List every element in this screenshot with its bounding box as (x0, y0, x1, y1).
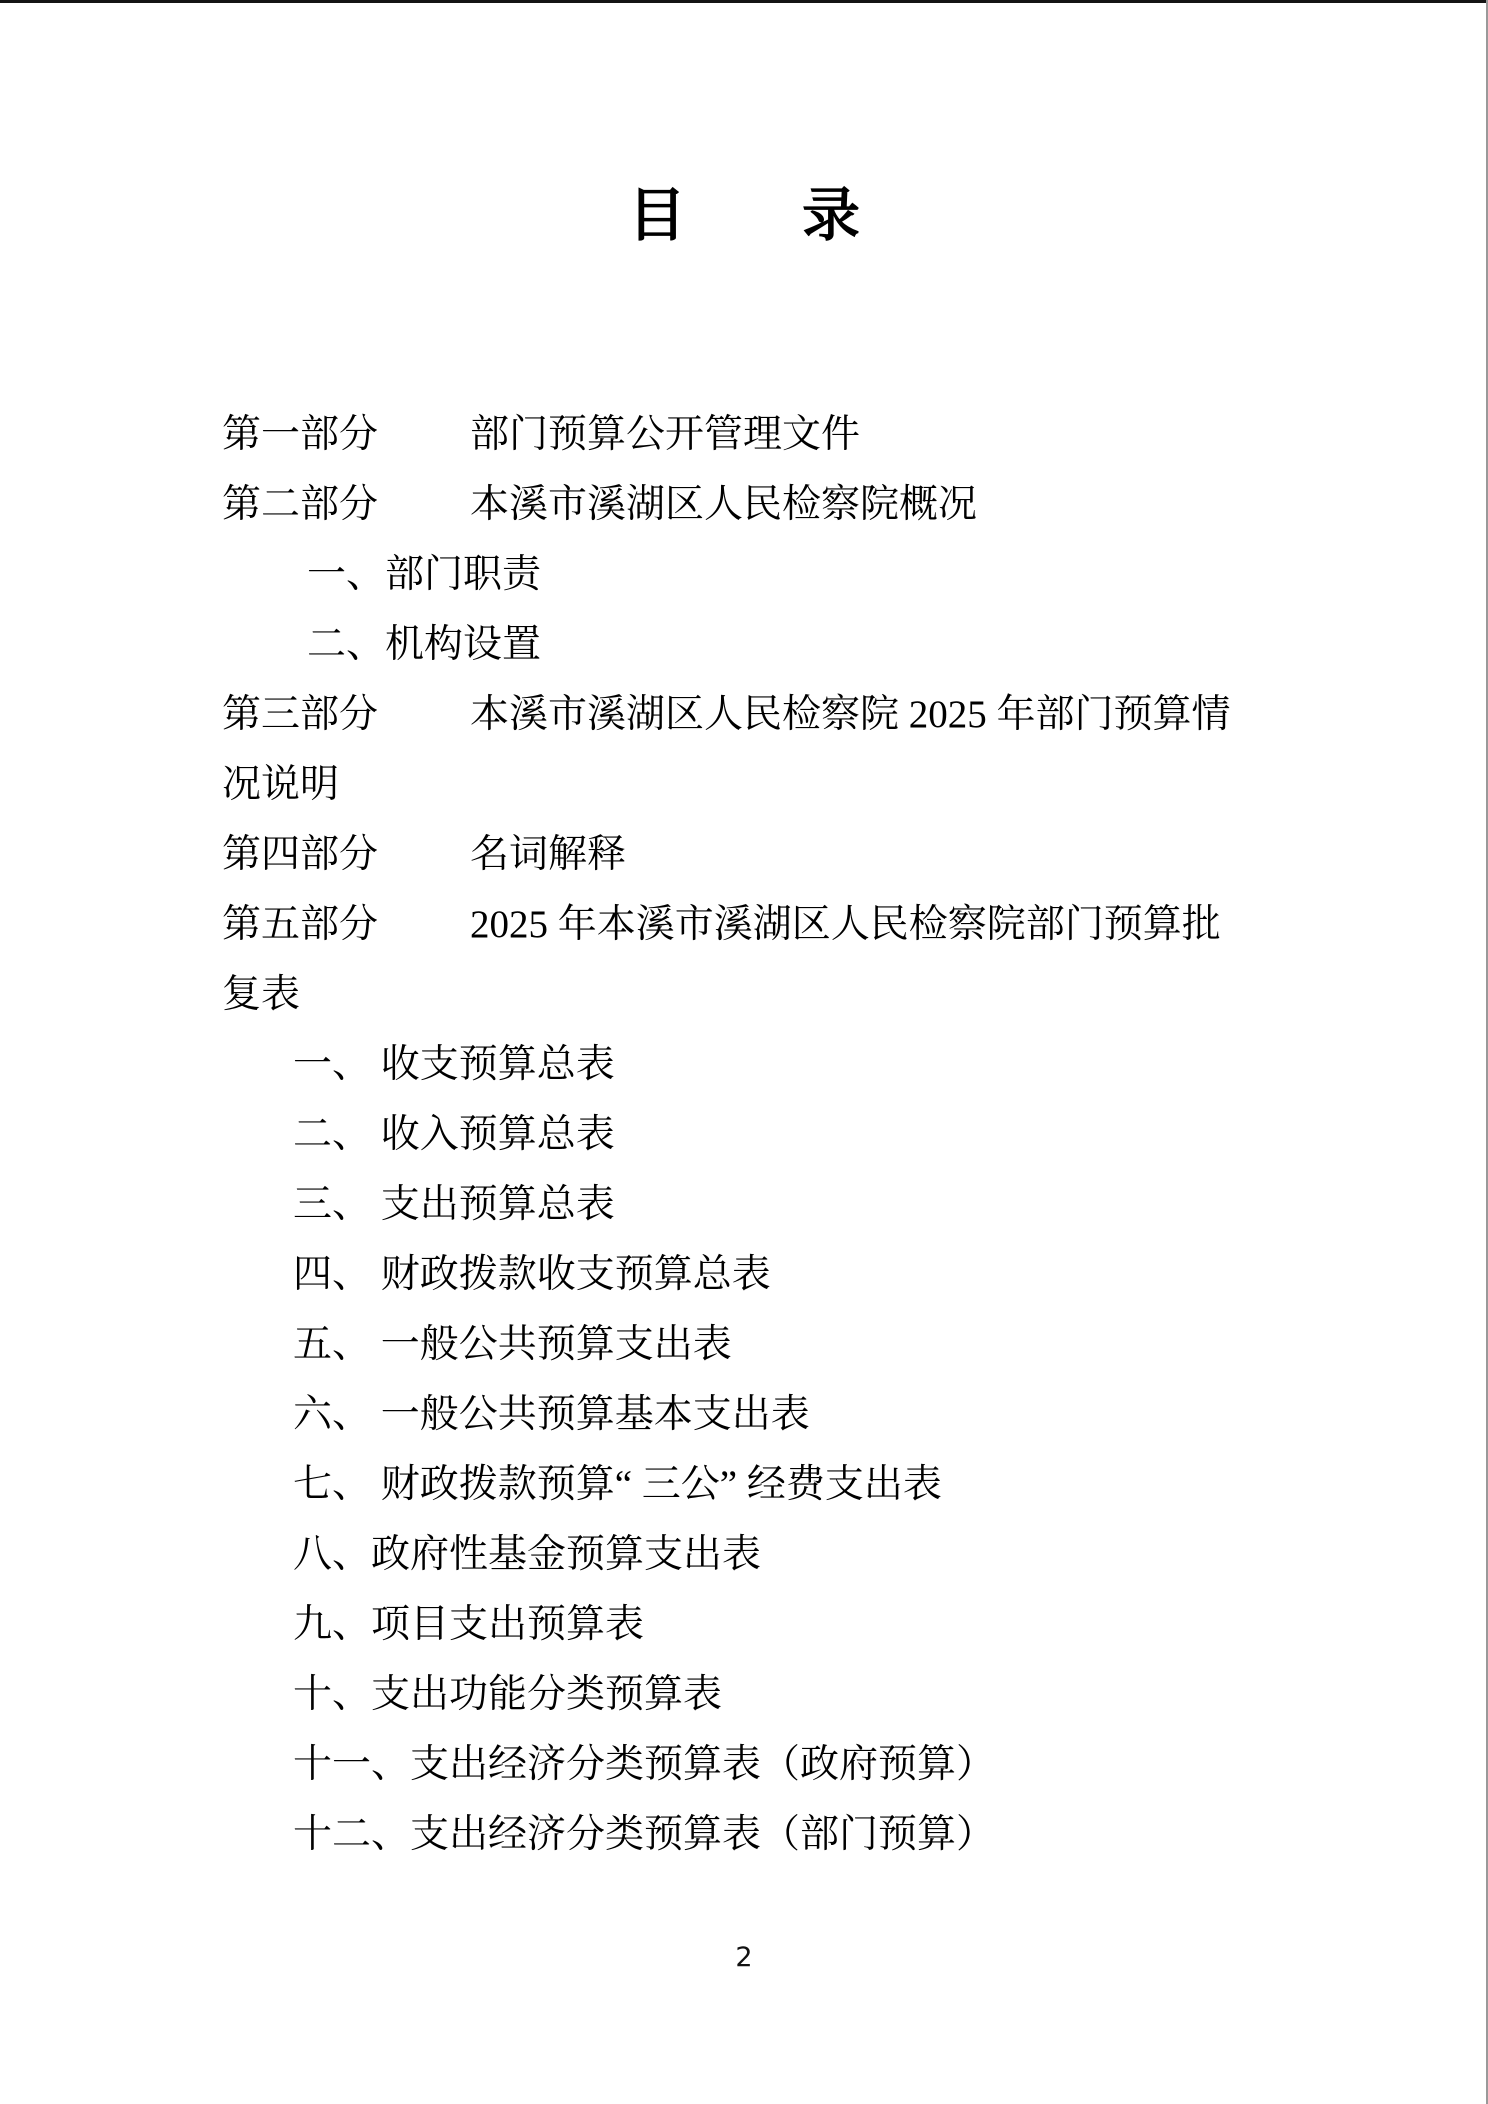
toc-entry-text: 二、机构设置 (307, 623, 541, 666)
toc-entry-table4: 四、 财政拨款收支预算总表 (222, 1240, 1302, 1310)
toc-part-label: 第四部分 (222, 820, 470, 890)
toc-entry-part5: 第五部分2025 年本溪市溪湖区人民检察院部门预算批 (222, 890, 1302, 960)
toc-entry-text: 三、 支出预算总表 (293, 1183, 615, 1226)
toc-entry-continuation: 复表 (222, 960, 1302, 1030)
toc-entry-text: 七、 财政拨款预算“ 三公” 经费支出表 (293, 1463, 942, 1506)
toc-entry-table5: 五、 一般公共预算支出表 (222, 1310, 1302, 1380)
toc-entry-text: 八、政府性基金预算支出表 (293, 1533, 761, 1576)
toc-entry-text: 十二、支出经济分类预算表（部门预算） (293, 1813, 995, 1856)
toc-entry-table9: 九、项目支出预算表 (222, 1590, 1302, 1660)
toc-part-label: 第五部分 (222, 890, 470, 960)
toc-entry-text: 一、 收支预算总表 (293, 1043, 615, 1086)
toc-part-title: 本溪市溪湖区人民检察院概况 (470, 483, 977, 526)
toc-entry-sub: 二、机构设置 (222, 610, 1302, 680)
toc-entry-text: 一、部门职责 (307, 553, 541, 596)
toc-part-label: 第三部分 (222, 680, 470, 750)
toc-entry-part2: 第二部分本溪市溪湖区人民检察院概况 (222, 470, 1302, 540)
toc-entry-text: 六、 一般公共预算基本支出表 (293, 1393, 810, 1436)
toc-entry-text: 复表 (222, 973, 300, 1016)
toc-entry-text: 十一、支出经济分类预算表（政府预算） (293, 1743, 995, 1786)
toc-part-title: 名词解释 (470, 833, 626, 876)
toc-entry-continuation: 况说明 (222, 750, 1302, 820)
toc-part-label: 第一部分 (222, 400, 470, 470)
toc-part-title: 本溪市溪湖区人民检察院 2025 年部门预算情 (470, 693, 1231, 736)
toc-entry-table6: 六、 一般公共预算基本支出表 (222, 1380, 1302, 1450)
toc-entry-table3: 三、 支出预算总表 (222, 1170, 1302, 1240)
toc-part-title: 部门预算公开管理文件 (470, 413, 860, 456)
toc-entry-table8: 八、政府性基金预算支出表 (222, 1520, 1302, 1590)
toc-entry-sub: 一、部门职责 (222, 540, 1302, 610)
toc-entry-text: 四、 财政拨款收支预算总表 (293, 1253, 771, 1296)
toc-entry-table11: 十一、支出经济分类预算表（政府预算） (222, 1730, 1302, 1800)
toc-entry-table7: 七、 财政拨款预算“ 三公” 经费支出表 (222, 1450, 1302, 1520)
toc-entry-table10: 十、支出功能分类预算表 (222, 1660, 1302, 1730)
toc-entry-text: 十、支出功能分类预算表 (293, 1673, 722, 1716)
toc-part-title: 2025 年本溪市溪湖区人民检察院部门预算批 (470, 903, 1221, 946)
page-number: 2 (0, 1938, 1488, 1978)
toc-entry-part3: 第三部分本溪市溪湖区人民检察院 2025 年部门预算情 (222, 680, 1302, 750)
toc-entry-table12: 十二、支出经济分类预算表（部门预算） (222, 1800, 1302, 1870)
toc-entry-table1: 一、 收支预算总表 (222, 1030, 1302, 1100)
toc-entry-part4: 第四部分名词解释 (222, 820, 1302, 890)
toc-entry-part1: 第一部分部门预算公开管理文件 (222, 400, 1302, 470)
toc-part-label: 第二部分 (222, 470, 470, 540)
toc-entry-text: 九、项目支出预算表 (293, 1603, 644, 1646)
toc-entry-text: 况说明 (222, 763, 339, 806)
toc-entry-text: 二、 收入预算总表 (293, 1113, 615, 1156)
page-top-edge (0, 0, 1488, 3)
toc-entry-text: 五、 一般公共预算支出表 (293, 1323, 732, 1366)
page-title: 目 录 (0, 184, 1488, 248)
table-of-contents: 第一部分部门预算公开管理文件 第二部分本溪市溪湖区人民检察院概况 一、部门职责 … (222, 400, 1302, 1870)
document-page: 目 录 第一部分部门预算公开管理文件 第二部分本溪市溪湖区人民检察院概况 一、部… (0, 0, 1488, 2104)
toc-entry-table2: 二、 收入预算总表 (222, 1100, 1302, 1170)
